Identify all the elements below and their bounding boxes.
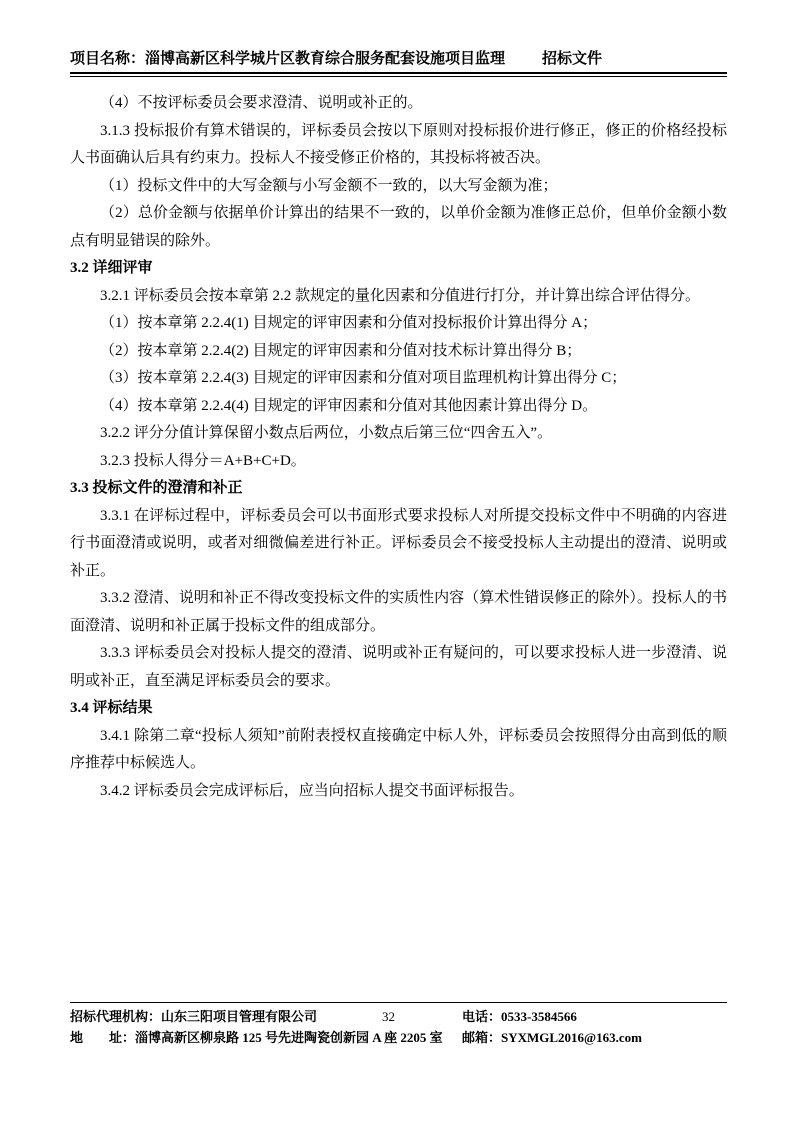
paragraph: 3.1.3 投标报价有算术错误的，评标委员会按以下原则对投标报价进行修正，修正的…: [70, 118, 727, 173]
footer-row-1: 招标代理机构：山东三阳项目管理有限公司 电话：0533-3584566: [70, 1006, 727, 1027]
section-heading: 3.2 详细评审: [70, 255, 727, 283]
header-project-name: 项目名称：淄博高新区科学城片区教育综合服务配套设施项目监理: [70, 48, 542, 70]
paragraph: 3.4.2 评标委员会完成评标后，应当向招标人提交书面评标报告。: [70, 778, 727, 806]
footer-phone: 电话：0533-3584566: [462, 1006, 727, 1027]
footer-email: 邮箱：SYXMGL2016@163.com: [462, 1027, 727, 1048]
paragraph: 3.2.2 评分分值计算保留小数点后两位，小数点后第三位“四舍五入”。: [70, 420, 727, 448]
header-divider: [70, 72, 727, 77]
paragraph: 3.3.3 评标委员会对投标人提交的澄清、说明或补正有疑问的，可以要求投标人进一…: [70, 640, 727, 695]
footer-rows: 招标代理机构：山东三阳项目管理有限公司 电话：0533-3584566 地 址：…: [70, 1003, 727, 1048]
paragraph: （1）按本章第 2.2.4(1) 目规定的评审因素和分值对投标报价计算出得分 A…: [70, 310, 727, 338]
footer-agency: 招标代理机构：山东三阳项目管理有限公司: [70, 1006, 462, 1027]
paragraph: 3.2.3 投标人得分＝A+B+C+D。: [70, 448, 727, 476]
paragraph: 3.4.1 除第二章“投标人须知”前附表授权直接确定中标人外，评标委员会按照得分…: [70, 723, 727, 778]
paragraph: （1）投标文件中的大写金额与小写金额不一致的，以大写金额为准；: [70, 173, 727, 201]
paragraph: 3.3.1 在评标过程中，评标委员会可以书面形式要求投标人对所提交投标文件中不明…: [70, 503, 727, 586]
page-footer: 招标代理机构：山东三阳项目管理有限公司 电话：0533-3584566 地 址：…: [70, 1002, 727, 1048]
footer-row-2: 地 址：淄博高新区柳泉路 125 号先进陶瓷创新园 A 座 2205 室 邮箱：…: [70, 1027, 727, 1048]
paragraph: （4）按本章第 2.2.4(4) 目规定的评审因素和分值对其他因素计算出得分 D…: [70, 393, 727, 421]
paragraph: （4）不按评标委员会要求澄清、说明或补正的。: [70, 90, 727, 118]
paragraph: 3.2.1 评标委员会按本章第 2.2 款规定的量化因素和分值进行打分，并计算出…: [70, 283, 727, 311]
page-number: 32: [382, 1006, 395, 1027]
footer-address: 地 址：淄博高新区柳泉路 125 号先进陶瓷创新园 A 座 2205 室: [70, 1027, 462, 1048]
document-body: （4）不按评标委员会要求澄清、说明或补正的。3.1.3 投标报价有算术错误的，评…: [70, 90, 727, 805]
header-doc-type: 招标文件: [542, 48, 602, 70]
paragraph: （2）总价金额与依据单价计算出的结果不一致的，以单价金额为准修正总价，但单价金额…: [70, 200, 727, 255]
paragraph: （2）按本章第 2.2.4(2) 目规定的评审因素和分值对技术标计算出得分 B；: [70, 338, 727, 366]
paragraph: （3）按本章第 2.2.4(3) 目规定的评审因素和分值对项目监理机构计算出得分…: [70, 365, 727, 393]
page-header: 项目名称：淄博高新区科学城片区教育综合服务配套设施项目监理 招标文件: [70, 48, 727, 77]
section-heading: 3.3 投标文件的澄清和补正: [70, 475, 727, 503]
section-heading: 3.4 评标结果: [70, 695, 727, 723]
header-row: 项目名称：淄博高新区科学城片区教育综合服务配套设施项目监理 招标文件: [70, 48, 727, 70]
paragraph: 3.3.2 澄清、说明和补正不得改变投标文件的实质性内容（算术性错误修正的除外）…: [70, 585, 727, 640]
document-page: 项目名称：淄博高新区科学城片区教育综合服务配套设施项目监理 招标文件 （4）不按…: [0, 0, 793, 1122]
